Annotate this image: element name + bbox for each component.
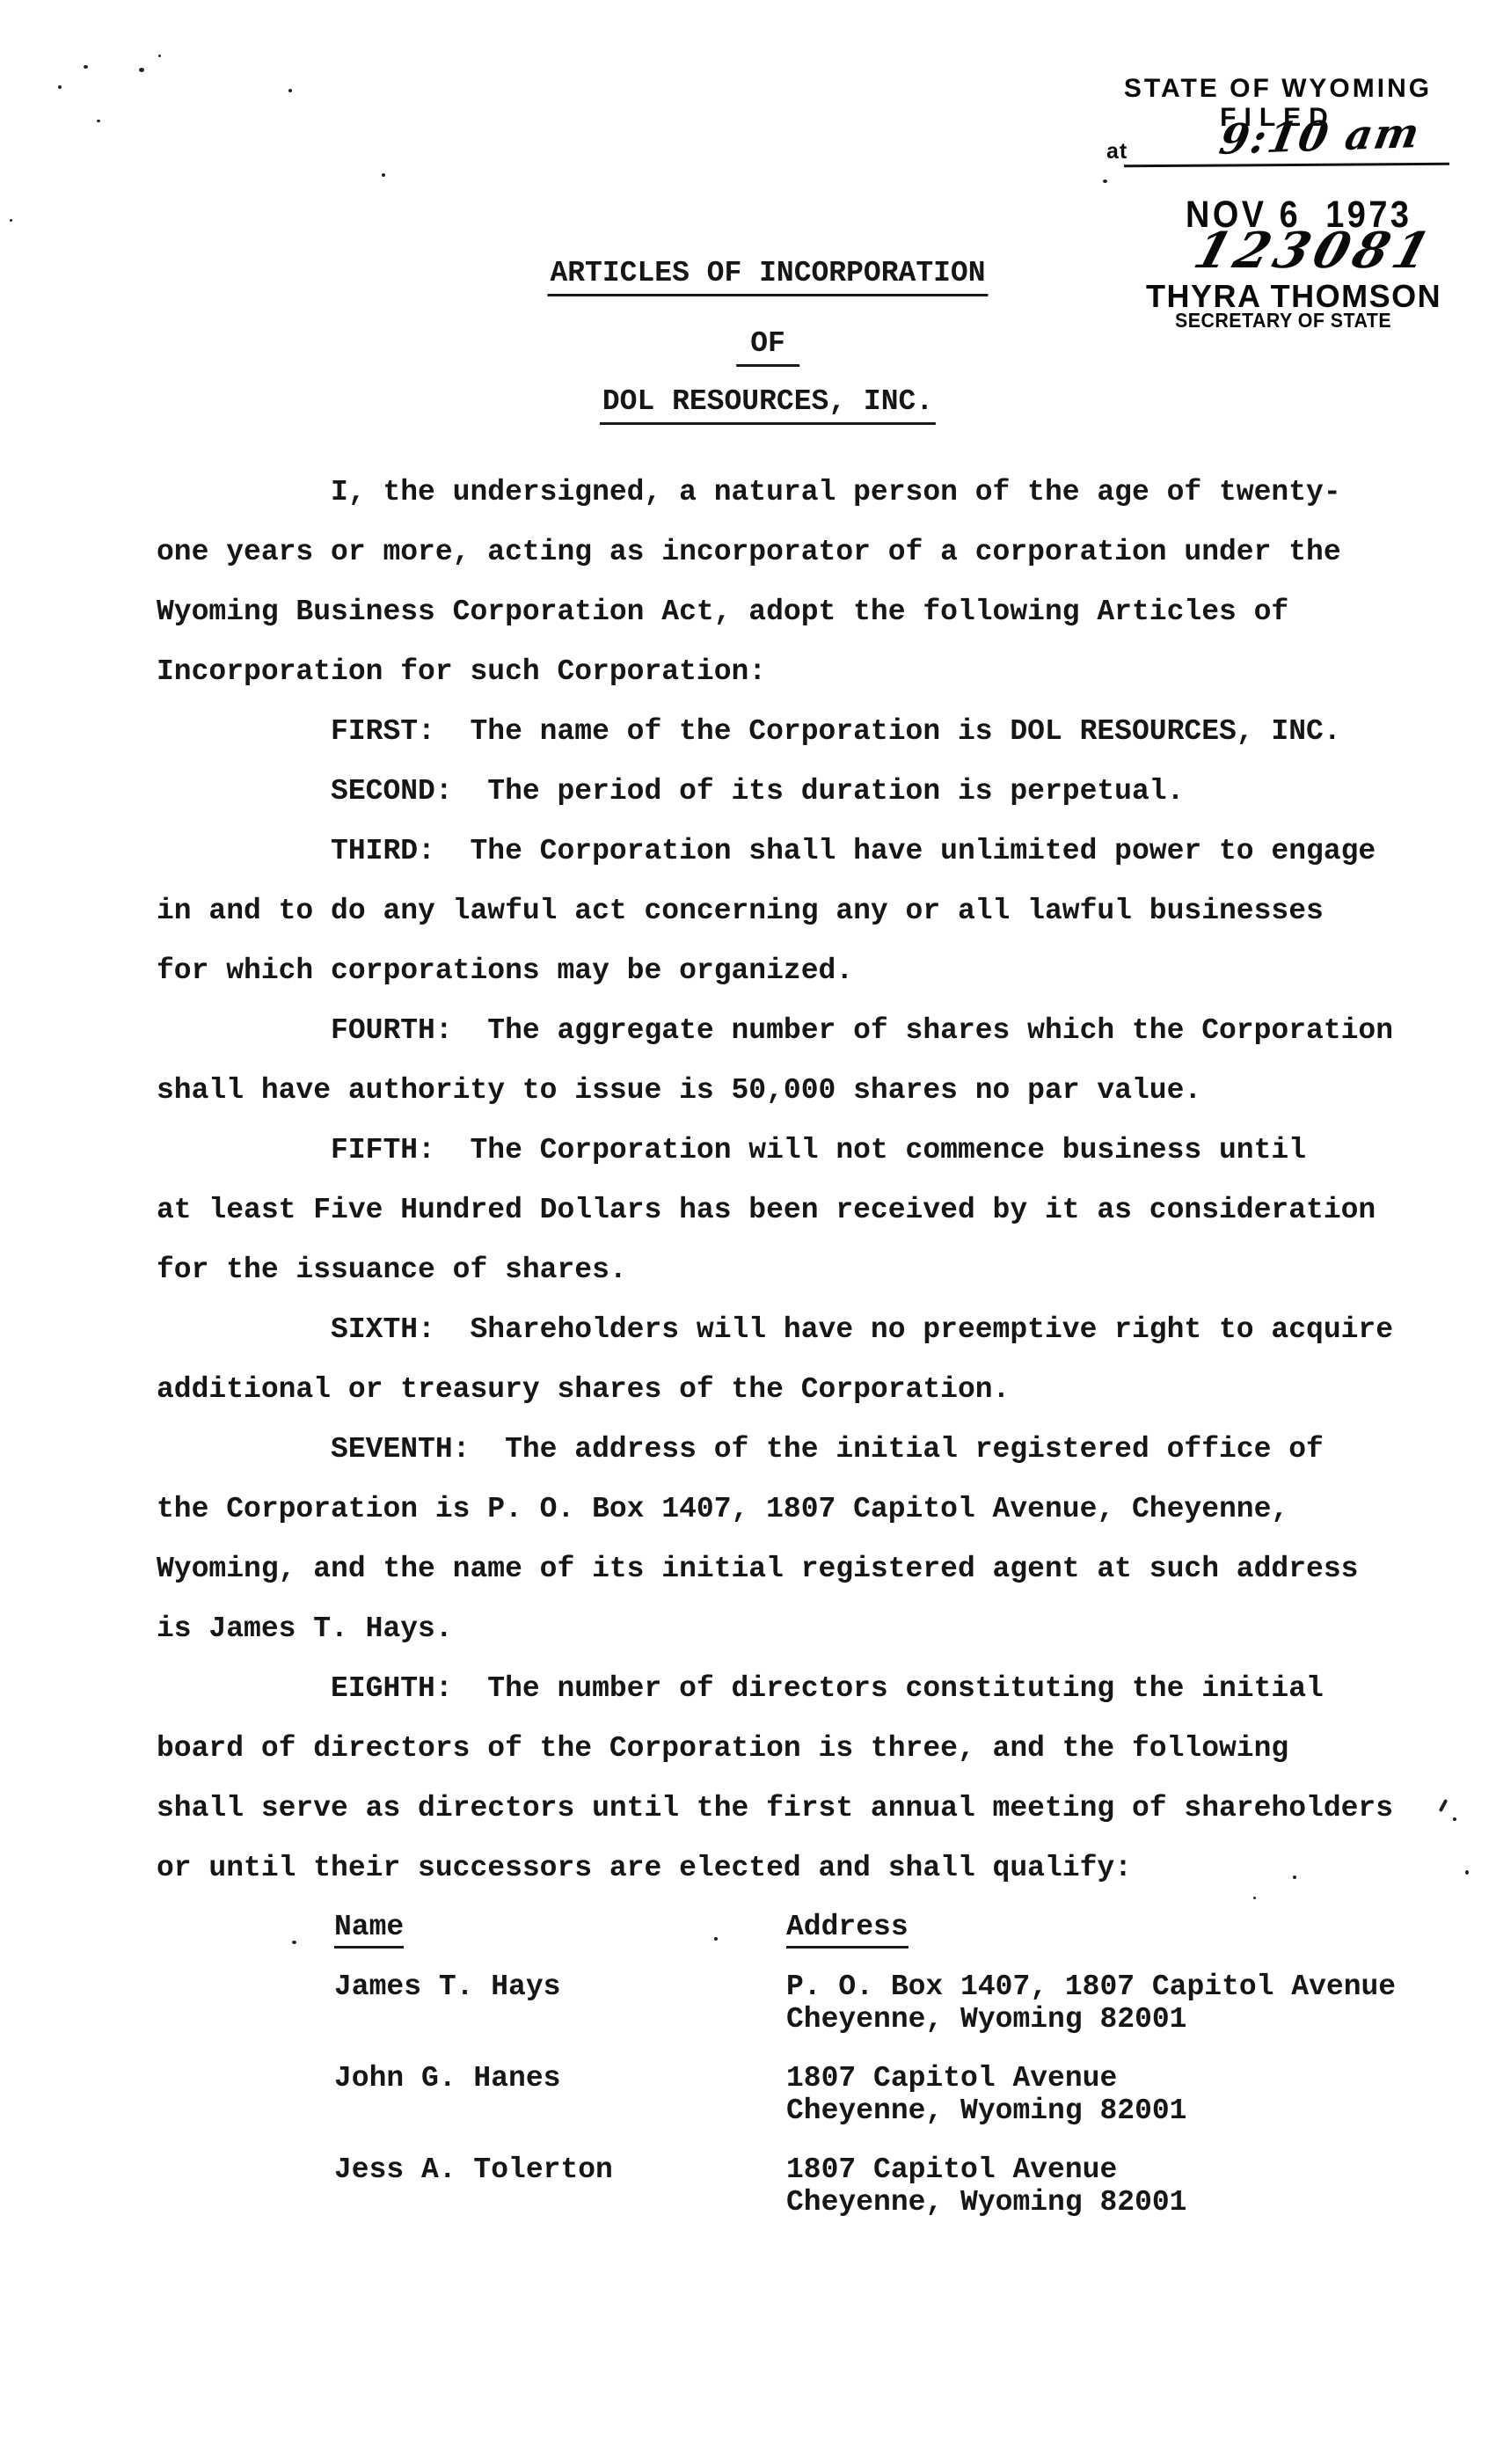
director-name: John G. Hanes — [334, 2062, 560, 2095]
director-name: Jess A. Tolerton — [334, 2153, 613, 2186]
directors-address-header: Address — [786, 1911, 909, 1949]
scan-speck — [382, 173, 385, 177]
directors-name-header: Name — [334, 1911, 404, 1949]
director-address-line1: P. O. Box 1407, 1807 Capitol Avenue — [786, 1970, 1396, 2003]
scan-speck — [58, 85, 62, 89]
document-body-text: I, the undersigned, a natural person of … — [157, 463, 1458, 1898]
stamp-at-label: at — [1106, 139, 1127, 165]
scan-speck — [288, 89, 292, 92]
director-address-line2: Cheyenne, Wyoming 82001 — [786, 2003, 1186, 2036]
scan-speck — [1465, 1870, 1469, 1875]
scan-speck — [1103, 179, 1107, 183]
doc-title-line3: DOL RESOURCES, INC. — [600, 385, 936, 425]
scan-speck — [97, 120, 100, 122]
scan-speck — [1453, 1817, 1456, 1821]
scan-speck — [1293, 1875, 1296, 1879]
stamp-signature-line — [1124, 163, 1449, 168]
scan-speck — [84, 65, 88, 69]
stamp-file-number-handwritten: 123081 — [1188, 222, 1442, 280]
doc-title-line1: ARTICLES OF INCORPORATION — [547, 257, 988, 296]
director-address-line2: Cheyenne, Wyoming 82001 — [786, 2095, 1186, 2127]
stamp-filing-time-handwritten: 9:10 am — [1215, 109, 1424, 165]
doc-title-line2: OF — [736, 327, 799, 367]
director-address-line1: 1807 Capitol Avenue — [786, 2062, 1117, 2095]
scan-speck — [292, 1941, 296, 1944]
scan-speck — [714, 1937, 718, 1941]
scan-speck — [139, 68, 144, 72]
scan-speck — [1253, 1897, 1256, 1899]
director-name: James T. Hays — [334, 1970, 560, 2003]
document-page: STATE OF WYOMING FILED at 9:10 am NOV 6 … — [0, 0, 1496, 2464]
scan-speck — [10, 219, 12, 222]
director-address-line2: Cheyenne, Wyoming 82001 — [786, 2186, 1186, 2219]
scan-speck — [158, 55, 161, 57]
stamp-state-line: STATE OF WYOMING — [1124, 74, 1432, 104]
stamp-secretary-title: SECRETARY OF STATE — [1175, 309, 1391, 333]
director-address-line1: 1807 Capitol Avenue — [786, 2153, 1117, 2186]
